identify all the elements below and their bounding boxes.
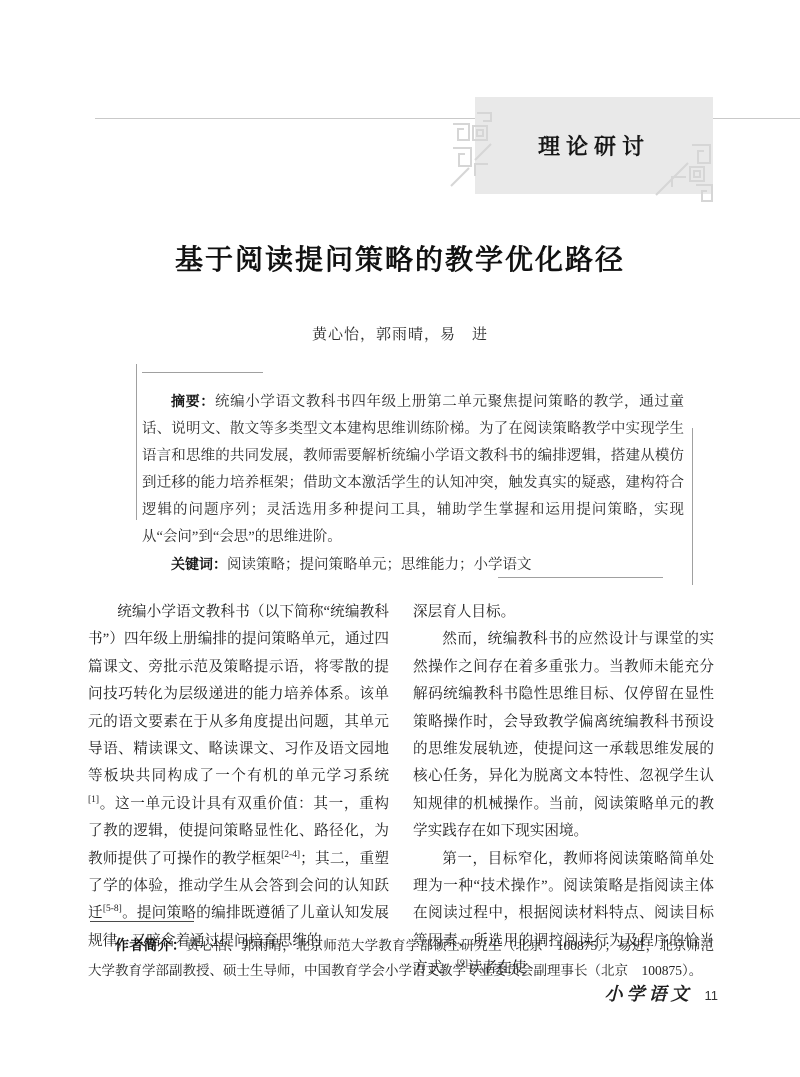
abstract-label: 摘要： bbox=[171, 393, 215, 409]
page-number: 11 bbox=[705, 988, 719, 1003]
keywords-text: 阅读策略；提问策略单元；思维能力；小学语文 bbox=[227, 557, 532, 573]
body-text: 统编小学语文教科书（以下简称“统编教科书”）四年级上册编排的提问策略单元，通过四… bbox=[88, 604, 389, 784]
body-paragraph: 统编小学语文教科书（以下简称“统编教科书”）四年级上册编排的提问策略单元，通过四… bbox=[88, 599, 389, 955]
page-footer: 小学语文 11 bbox=[605, 980, 719, 1006]
journal-page: 理论研讨 基于阅读提问策略的教学优化路径 黄心怡，郭雨晴，易 进 bbox=[0, 0, 800, 1077]
section-label: 理论研讨 bbox=[538, 130, 650, 161]
citation-ref: [1] bbox=[88, 795, 99, 805]
abstract-bracket-top bbox=[142, 372, 263, 373]
abstract-bracket-right bbox=[692, 428, 693, 585]
article-title: 基于阅读提问策略的教学优化路径 bbox=[0, 238, 800, 278]
author-byline: 黄心怡，郭雨晴，易 进 bbox=[0, 323, 800, 344]
footnote-rule bbox=[90, 921, 194, 922]
abstract-text: 统编小学语文教科书四年级上册第二单元聚焦提问策略的教学，通过童话、说明文、散文等… bbox=[142, 394, 684, 545]
abstract-bracket-left bbox=[136, 364, 137, 520]
abstract-paragraph: 摘要：统编小学语文教科书四年级上册第二单元聚焦提问策略的教学，通过童话、说明文、… bbox=[142, 388, 684, 551]
body-paragraph: 然而，统编教科书的应然设计与课堂的实然操作之间存在着多重张力。当教师未能充分解码… bbox=[413, 626, 714, 845]
author-bio-note: 作者简介：黄心怡、郭雨晴，北京师范大学教育学部硕士研究生（北京 100875）；… bbox=[88, 933, 714, 983]
keywords-label: 关键词： bbox=[171, 556, 227, 572]
citation-ref: [5-8] bbox=[103, 905, 122, 915]
section-header-box: 理论研讨 bbox=[475, 97, 713, 194]
abstract-block: 摘要：统编小学语文教科书四年级上册第二单元聚焦提问策略的教学，通过童话、说明文、… bbox=[142, 388, 684, 579]
citation-ref: [2-4] bbox=[281, 850, 300, 860]
body-column-left: 统编小学语文教科书（以下简称“统编教科书”）四年级上册编排的提问策略单元，通过四… bbox=[88, 599, 389, 983]
body-column-right: 深层育人目标。 然而，统编教科书的应然设计与课堂的实然操作之间存在着多重张力。当… bbox=[413, 599, 714, 983]
body-paragraph: 深层育人目标。 bbox=[413, 599, 714, 626]
body-columns: 统编小学语文教科书（以下简称“统编教科书”）四年级上册编排的提问策略单元，通过四… bbox=[88, 599, 714, 983]
keywords-paragraph: 关键词：阅读策略；提问策略单元；思维能力；小学语文 bbox=[142, 551, 684, 579]
journal-name: 小学语文 bbox=[605, 980, 693, 1006]
author-bio-paragraph: 作者简介：黄心怡、郭雨晴，北京师范大学教育学部硕士研究生（北京 100875）；… bbox=[88, 933, 714, 983]
author-bio-label: 作者简介： bbox=[115, 937, 186, 953]
